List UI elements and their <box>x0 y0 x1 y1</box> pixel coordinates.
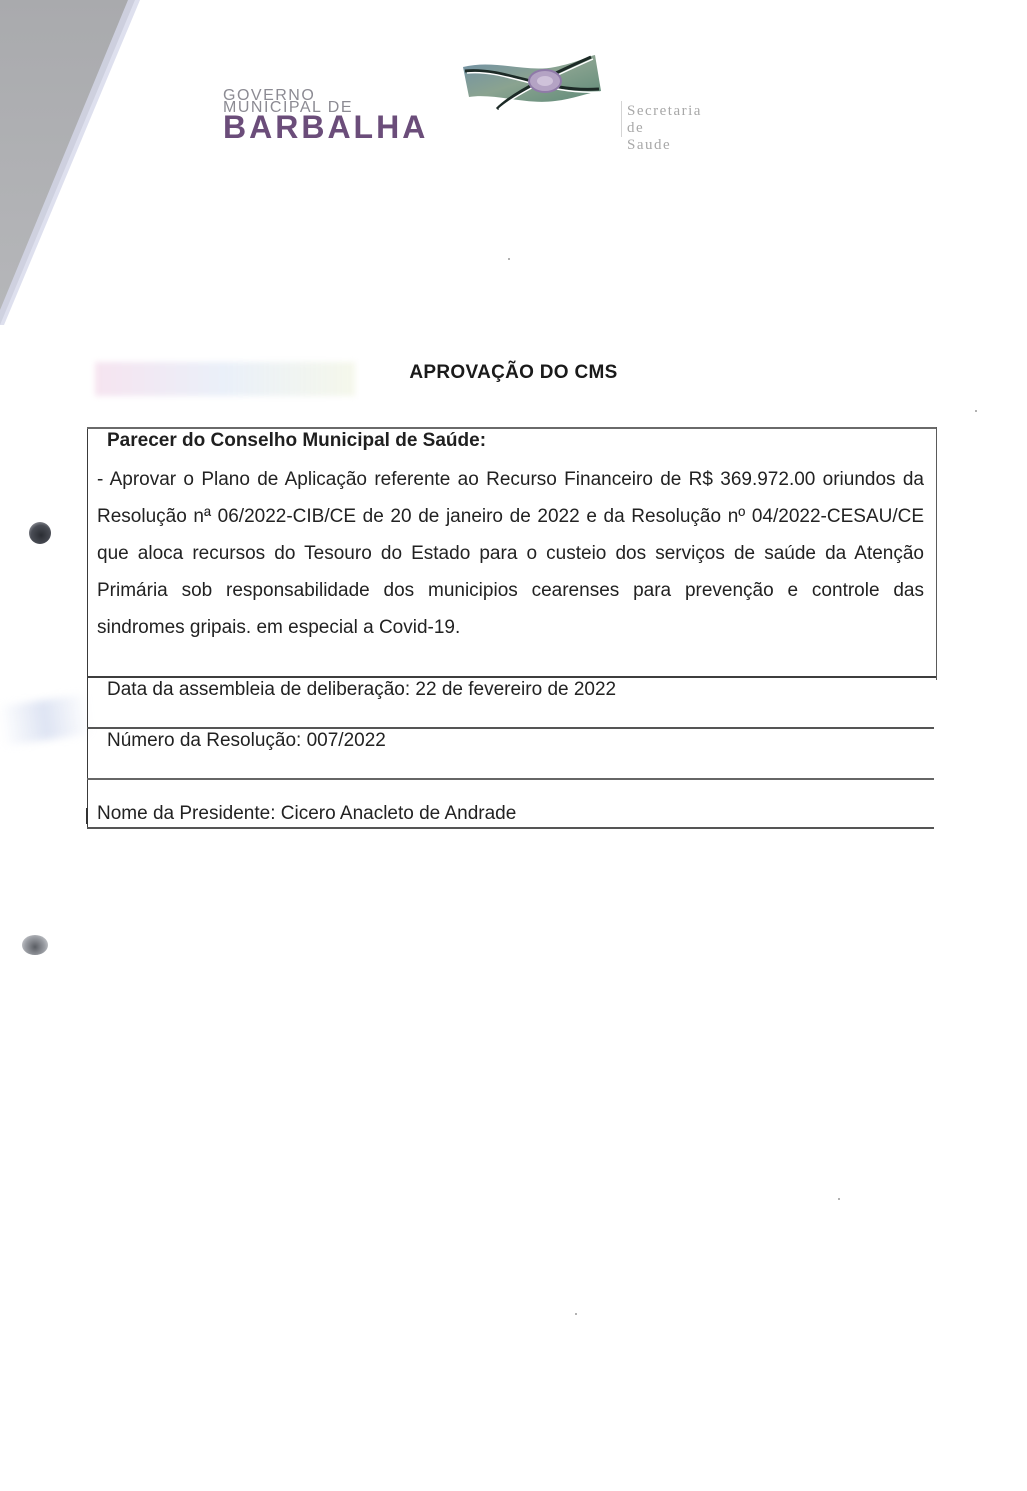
department-line-2: Saude <box>627 137 702 154</box>
table-divider <box>87 676 936 678</box>
opinion-heading: Parecer do Conselho Municipal de Saúde: <box>107 430 486 452</box>
punch-hole <box>22 935 48 955</box>
scan-speck <box>575 1313 577 1315</box>
president-name-field: Nome da Presidente: Cicero Anacleto de A… <box>97 803 516 825</box>
table-divider <box>87 727 936 729</box>
logo-municipality-name: BARBALHA <box>223 112 428 142</box>
table-divider <box>87 778 936 780</box>
punch-hole <box>29 522 51 544</box>
scan-smudge <box>0 694 92 746</box>
scan-speck <box>975 410 977 412</box>
logo-department: Secretaria de Saude <box>627 103 702 154</box>
barbalha-flag-icon <box>455 53 605 111</box>
page-title-text: APROVAÇÃO DO CMS <box>409 362 617 384</box>
table-border-top <box>87 427 936 429</box>
page-title: APROVAÇÃO DO CMS <box>0 362 1027 384</box>
table-border-gap <box>934 680 938 830</box>
table-border-bottom <box>87 827 936 829</box>
resolution-number-field: Número da Resolução: 007/2022 <box>107 730 386 752</box>
scan-speck <box>838 1198 840 1200</box>
opinion-body: - Aprovar o Plano de Aplicação referente… <box>97 461 924 646</box>
scan-speck <box>508 258 510 260</box>
scan-mark <box>86 808 88 824</box>
logo-divider <box>621 101 622 137</box>
assembly-date-field: Data da assembleia de deliberação: 22 de… <box>107 679 616 701</box>
department-line-1: Secretaria de <box>627 103 702 137</box>
